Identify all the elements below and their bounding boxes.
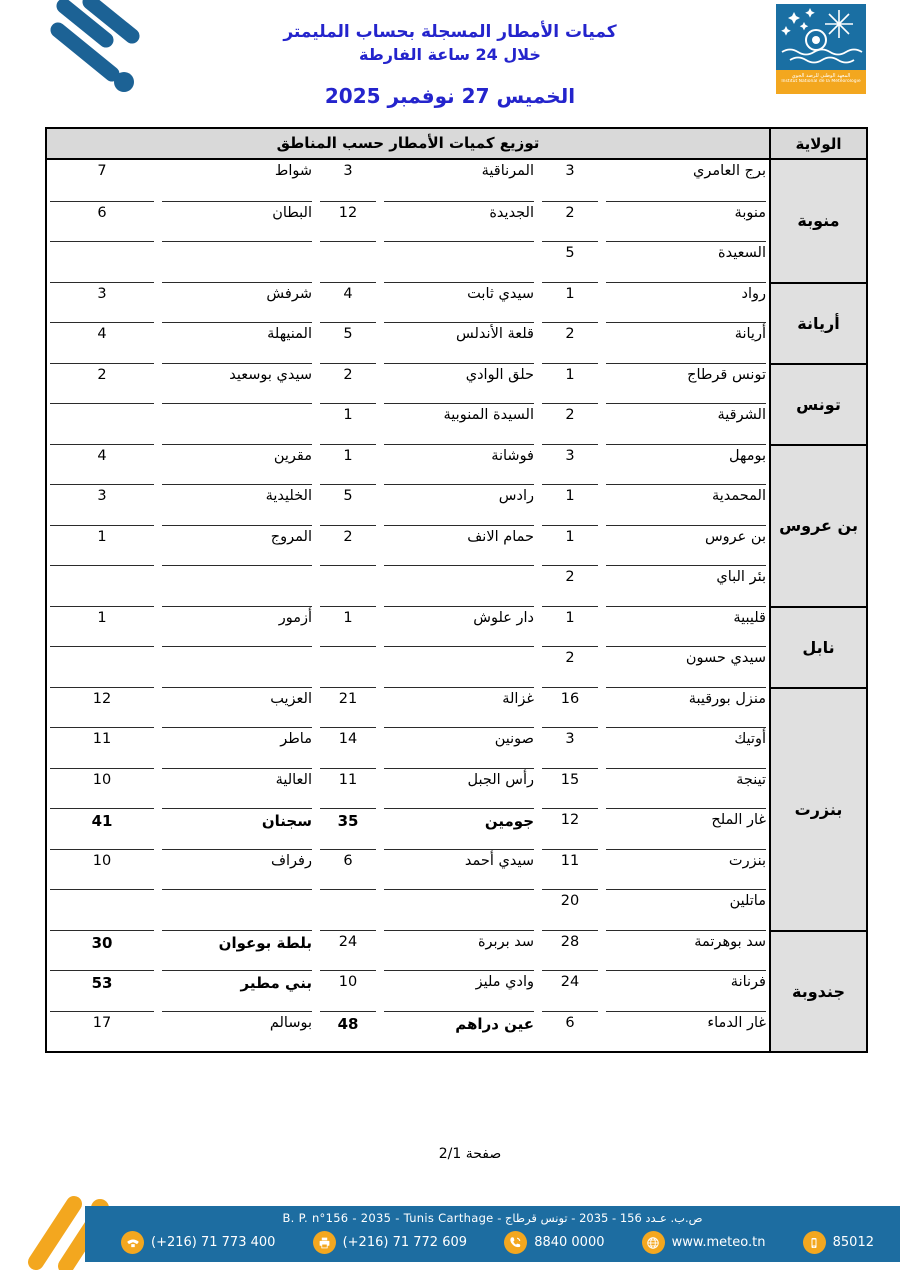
- station-name-cell: تونس قرطاج: [606, 363, 766, 404]
- station-name-cell: الشرقية: [606, 403, 766, 444]
- station-name-cell: [162, 889, 312, 930]
- footer-contacts: (+216) 71 773 400 (+216) 71 772 609 8840…: [85, 1225, 900, 1254]
- station-value-cell: 3: [320, 160, 376, 201]
- telephone-icon: [121, 1231, 144, 1254]
- governorate-cell: جندوبة: [771, 930, 866, 1052]
- station-name-cell: حمام الانف: [384, 525, 534, 566]
- station-name-cell: الخليدية: [162, 484, 312, 525]
- station-value-cell: 11: [542, 849, 598, 890]
- station-value-cell: 1: [542, 606, 598, 647]
- station-name-cell: السيدة المنوبية: [384, 403, 534, 444]
- inm-logo-artwork: [776, 4, 866, 70]
- station-name-cell: المنيهلة: [162, 322, 312, 363]
- station-value-cell: 4: [320, 282, 376, 323]
- station-value-cell: 35: [320, 808, 376, 849]
- station-value-cell: [320, 889, 376, 930]
- table-row: قليبية1دار علوش1أزمور1: [47, 606, 769, 647]
- regions-header: توزيع كميات الأمطار حسب المناطق: [47, 129, 769, 160]
- governorate-cell: نابل: [771, 606, 866, 687]
- table-row: منوبة2الجديدة12البطان6: [47, 201, 769, 242]
- station-name-cell: شواط: [162, 160, 312, 201]
- station-value-cell: 12: [320, 201, 376, 242]
- station-name-cell: جومين: [384, 808, 534, 849]
- station-value-cell: 3: [50, 484, 154, 525]
- station-name-cell: بوسالم: [162, 1011, 312, 1052]
- station-name-cell: أريانة: [606, 322, 766, 363]
- station-value-cell: 2: [542, 201, 598, 242]
- governorate-cell: منوبة: [771, 160, 866, 282]
- station-name-cell: بئر الباي: [606, 565, 766, 606]
- footer-banner: ص.ب. عـدد 156 - 2035 - تونس قرطاج - B. P…: [85, 1206, 900, 1262]
- station-name-cell: سيدي بوسعيد: [162, 363, 312, 404]
- station-name-cell: رواد: [606, 282, 766, 323]
- station-value-cell: 1: [542, 282, 598, 323]
- station-name-cell: بومهل: [606, 444, 766, 485]
- station-name-cell: دار علوش: [384, 606, 534, 647]
- station-value-cell: 10: [50, 849, 154, 890]
- station-value-cell: 1: [320, 606, 376, 647]
- station-name-cell: سيدي حسون: [606, 646, 766, 687]
- station-name-cell: صونين: [384, 727, 534, 768]
- table-row: بومهل3فوشانة1مقرين4: [47, 444, 769, 485]
- station-name-cell: منوبة: [606, 201, 766, 242]
- table-row: سيدي حسون2: [47, 646, 769, 687]
- contact-fax-label: (+216) 71 772 609: [343, 1235, 467, 1250]
- governorate-cell: أريانة: [771, 282, 866, 363]
- station-name-cell: وادي مليز: [384, 970, 534, 1011]
- contact-website: www.meteo.tn: [642, 1231, 766, 1254]
- station-name-cell: رادس: [384, 484, 534, 525]
- table-row: المحمدية1رادس5الخليدية3: [47, 484, 769, 525]
- station-value-cell: [50, 403, 154, 444]
- station-value-cell: 11: [320, 768, 376, 809]
- station-name-cell: بنزرت: [606, 849, 766, 890]
- station-value-cell: 28: [542, 930, 598, 971]
- station-name-cell: سد بوهرتمة: [606, 930, 766, 971]
- station-value-cell: 2: [542, 403, 598, 444]
- station-value-cell: [50, 646, 154, 687]
- station-value-cell: 16: [542, 687, 598, 728]
- station-value-cell: 10: [50, 768, 154, 809]
- table-row: أوتيك3صونين14ماطر11: [47, 727, 769, 768]
- contact-phone: (+216) 71 773 400: [121, 1231, 275, 1254]
- station-value-cell: 5: [542, 241, 598, 282]
- station-value-cell: 41: [50, 808, 154, 849]
- governorate-cell: تونس: [771, 363, 866, 444]
- governorate-cell: بن عروس: [771, 444, 866, 606]
- station-name-cell: مقرين: [162, 444, 312, 485]
- station-value-cell: 53: [50, 970, 154, 1011]
- station-value-cell: 15: [542, 768, 598, 809]
- inm-stripes-logo: [28, 0, 148, 104]
- station-name-cell: رفراف: [162, 849, 312, 890]
- table-row: منزل بورقيبة16غزالة21العزيب12: [47, 687, 769, 728]
- station-value-cell: 12: [542, 808, 598, 849]
- station-name-cell: [384, 565, 534, 606]
- station-name-cell: منزل بورقيبة: [606, 687, 766, 728]
- station-name-cell: سد بربرة: [384, 930, 534, 971]
- station-value-cell: 17: [50, 1011, 154, 1052]
- table-row: غار الدماء6عين دراهم48بوسالم17: [47, 1011, 769, 1052]
- station-name-cell: السعيدة: [606, 241, 766, 282]
- station-value-cell: 3: [542, 444, 598, 485]
- station-value-cell: 3: [50, 282, 154, 323]
- table-row: تونس قرطاج1حلق الوادي2سيدي بوسعيد2: [47, 363, 769, 404]
- station-name-cell: سيدي ثابت: [384, 282, 534, 323]
- station-name-cell: [384, 241, 534, 282]
- station-value-cell: [320, 646, 376, 687]
- station-name-cell: قليبية: [606, 606, 766, 647]
- station-value-cell: 48: [320, 1011, 376, 1052]
- table-row: غار الملح12جومين35سجنان41: [47, 808, 769, 849]
- stations-column: توزيع كميات الأمطار حسب المناطق برج العا…: [47, 129, 769, 1051]
- station-name-cell: فوشانة: [384, 444, 534, 485]
- station-value-cell: 1: [542, 525, 598, 566]
- station-name-cell: سيدي أحمد: [384, 849, 534, 890]
- page-number: صفحة 2/1: [0, 1146, 900, 1162]
- station-name-cell: العزيب: [162, 687, 312, 728]
- station-value-cell: 3: [542, 160, 598, 201]
- station-name-cell: ماتلين: [606, 889, 766, 930]
- inm-caption-french: Institut National de la Météorologie: [776, 79, 866, 85]
- station-name-cell: العالية: [162, 768, 312, 809]
- fax-icon: [313, 1231, 336, 1254]
- station-name-cell: [162, 565, 312, 606]
- station-name-cell: تينجة: [606, 768, 766, 809]
- station-value-cell: 1: [542, 484, 598, 525]
- governorate-cell: بنزرت: [771, 687, 866, 930]
- station-name-cell: حلق الوادي: [384, 363, 534, 404]
- station-value-cell: 2: [320, 363, 376, 404]
- station-value-cell: 6: [50, 201, 154, 242]
- station-name-cell: عين دراهم: [384, 1011, 534, 1052]
- station-value-cell: [50, 565, 154, 606]
- station-name-cell: أزمور: [162, 606, 312, 647]
- station-value-cell: [320, 241, 376, 282]
- station-value-cell: [320, 565, 376, 606]
- rain-stripes-icon: [28, 0, 148, 100]
- station-value-cell: 1: [320, 444, 376, 485]
- station-value-cell: 4: [50, 322, 154, 363]
- governorate-header: الولاية: [771, 129, 866, 160]
- station-name-cell: غار الدماء: [606, 1011, 766, 1052]
- station-value-cell: 24: [320, 930, 376, 971]
- inm-logo-caption: المعهد الوطني للرصد الجوي Institut Natio…: [776, 70, 866, 94]
- station-name-cell: المحمدية: [606, 484, 766, 525]
- table-row: تينجة15رأس الجبل11العالية10: [47, 768, 769, 809]
- station-name-cell: برج العامري: [606, 160, 766, 201]
- station-value-cell: 5: [320, 322, 376, 363]
- mobile-icon: [803, 1231, 826, 1254]
- station-name-cell: [162, 403, 312, 444]
- station-name-cell: بني مطير: [162, 970, 312, 1011]
- station-name-cell: رأس الجبل: [384, 768, 534, 809]
- station-value-cell: 1: [320, 403, 376, 444]
- station-value-cell: [50, 889, 154, 930]
- station-value-cell: 12: [50, 687, 154, 728]
- station-value-cell: 2: [542, 565, 598, 606]
- governorate-column: الولاية منوبةأريانةتونسبن عروسنابلبنزرتج…: [769, 129, 866, 1051]
- table-row: فرنانة24وادي مليز10بني مطير53: [47, 970, 769, 1011]
- station-value-cell: 2: [542, 646, 598, 687]
- table-row: الشرقية2السيدة المنوبية1: [47, 403, 769, 444]
- weather-emblem-icon: [776, 4, 866, 70]
- call-center-icon: [504, 1231, 527, 1254]
- title-line-2: خلال 24 ساعة الفارطة: [200, 45, 700, 64]
- station-value-cell: 7: [50, 160, 154, 201]
- station-value-cell: 6: [320, 849, 376, 890]
- station-value-cell: 20: [542, 889, 598, 930]
- station-value-cell: 11: [50, 727, 154, 768]
- contact-sms: 85012: [803, 1231, 874, 1254]
- table-row: أريانة2قلعة الأندلس5المنيهلة4: [47, 322, 769, 363]
- title-line-1: كميات الأمطار المسجلة بحساب المليمتر: [200, 22, 700, 42]
- station-name-cell: [384, 646, 534, 687]
- station-name-cell: شرفش: [162, 282, 312, 323]
- globe-icon: [642, 1231, 665, 1254]
- station-name-cell: بلطة بوعوان: [162, 930, 312, 971]
- station-name-cell: غزالة: [384, 687, 534, 728]
- contact-sms-label: 85012: [833, 1235, 874, 1250]
- station-value-cell: 2: [542, 322, 598, 363]
- station-name-cell: فرنانة: [606, 970, 766, 1011]
- contact-callcenter: 8840 0000: [504, 1231, 604, 1254]
- inm-logo: المعهد الوطني للرصد الجوي Institut Natio…: [776, 4, 866, 94]
- table-row: رواد1سيدي ثابت4شرفش3: [47, 282, 769, 323]
- station-value-cell: [50, 241, 154, 282]
- station-value-cell: 6: [542, 1011, 598, 1052]
- station-name-cell: المروج: [162, 525, 312, 566]
- station-name-cell: [384, 889, 534, 930]
- rainfall-table: الولاية منوبةأريانةتونسبن عروسنابلبنزرتج…: [45, 127, 868, 1053]
- contact-fax: (+216) 71 772 609: [313, 1231, 467, 1254]
- station-value-cell: 2: [320, 525, 376, 566]
- station-value-cell: 1: [50, 606, 154, 647]
- table-row: السعيدة5: [47, 241, 769, 282]
- station-name-cell: سجنان: [162, 808, 312, 849]
- report-date: الخميس 27 نوفمبر 2025: [200, 84, 700, 108]
- contact-callcenter-label: 8840 0000: [534, 1235, 604, 1250]
- station-name-cell: ماطر: [162, 727, 312, 768]
- report-page: كميات الأمطار المسجلة بحساب المليمتر خلا…: [0, 0, 900, 1272]
- station-value-cell: 21: [320, 687, 376, 728]
- contact-website-label: www.meteo.tn: [672, 1235, 766, 1250]
- report-title: كميات الأمطار المسجلة بحساب المليمتر خلا…: [200, 22, 700, 64]
- station-name-cell: أوتيك: [606, 727, 766, 768]
- station-name-cell: [162, 241, 312, 282]
- station-value-cell: 1: [50, 525, 154, 566]
- station-value-cell: 14: [320, 727, 376, 768]
- table-row: ماتلين20: [47, 889, 769, 930]
- station-name-cell: [162, 646, 312, 687]
- station-name-cell: المرناقية: [384, 160, 534, 201]
- station-name-cell: بن عروس: [606, 525, 766, 566]
- station-value-cell: 5: [320, 484, 376, 525]
- table-row: برج العامري3المرناقية3شواط7: [47, 160, 769, 201]
- table-row: بنزرت11سيدي أحمد6رفراف10: [47, 849, 769, 890]
- table-row: سد بوهرتمة28سد بربرة24بلطة بوعوان30: [47, 930, 769, 971]
- station-value-cell: 4: [50, 444, 154, 485]
- table-row: بئر الباي2: [47, 565, 769, 606]
- station-name-cell: قلعة الأندلس: [384, 322, 534, 363]
- station-name-cell: غار الملح: [606, 808, 766, 849]
- station-value-cell: 1: [542, 363, 598, 404]
- station-name-cell: الجديدة: [384, 201, 534, 242]
- station-value-cell: 24: [542, 970, 598, 1011]
- table-row: بن عروس1حمام الانف2المروج1: [47, 525, 769, 566]
- station-value-cell: 3: [542, 727, 598, 768]
- contact-phone-label: (+216) 71 773 400: [151, 1235, 275, 1250]
- station-value-cell: 2: [50, 363, 154, 404]
- station-name-cell: البطان: [162, 201, 312, 242]
- footer-address: ص.ب. عـدد 156 - 2035 - تونس قرطاج - B. P…: [85, 1206, 900, 1225]
- station-value-cell: 10: [320, 970, 376, 1011]
- station-value-cell: 30: [50, 930, 154, 971]
